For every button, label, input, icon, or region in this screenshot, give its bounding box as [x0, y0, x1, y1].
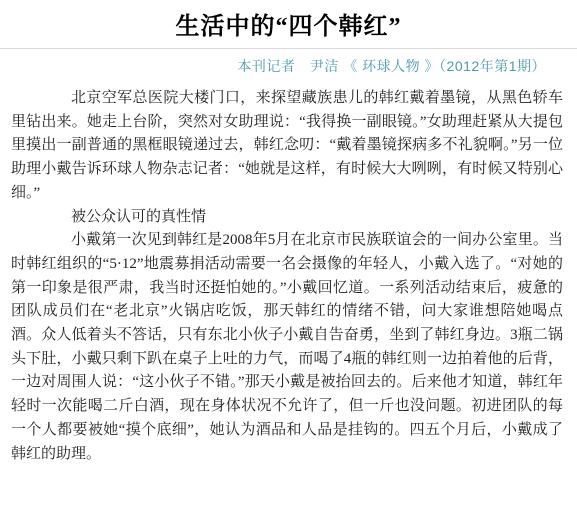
paragraph-2: 小戴第一次见到韩红是2008年5月在北京市民族联谊会的一间办公室里。当时韩红组织…: [11, 229, 563, 466]
article-title: 生活中的“四个韩红”: [0, 0, 577, 41]
article-body: 北京空军总医院大楼门口，来探望藏族患儿的韩红戴着墨镜，从黑色轿车里钻出来。她走上…: [11, 87, 563, 466]
article-page: 生活中的“四个韩红” 本刊记者 尹洁 《 环球人物 》（2012年第1期） 北京…: [0, 0, 577, 514]
section-subheading: 被公众认可的真性情: [11, 206, 563, 230]
byline: 本刊记者 尹洁 《 环球人物 》（2012年第1期）: [0, 49, 577, 76]
paragraph-1: 北京空军总医院大楼门口，来探望藏族患儿的韩红戴着墨镜，从黑色轿车里钻出来。她走上…: [11, 87, 563, 206]
